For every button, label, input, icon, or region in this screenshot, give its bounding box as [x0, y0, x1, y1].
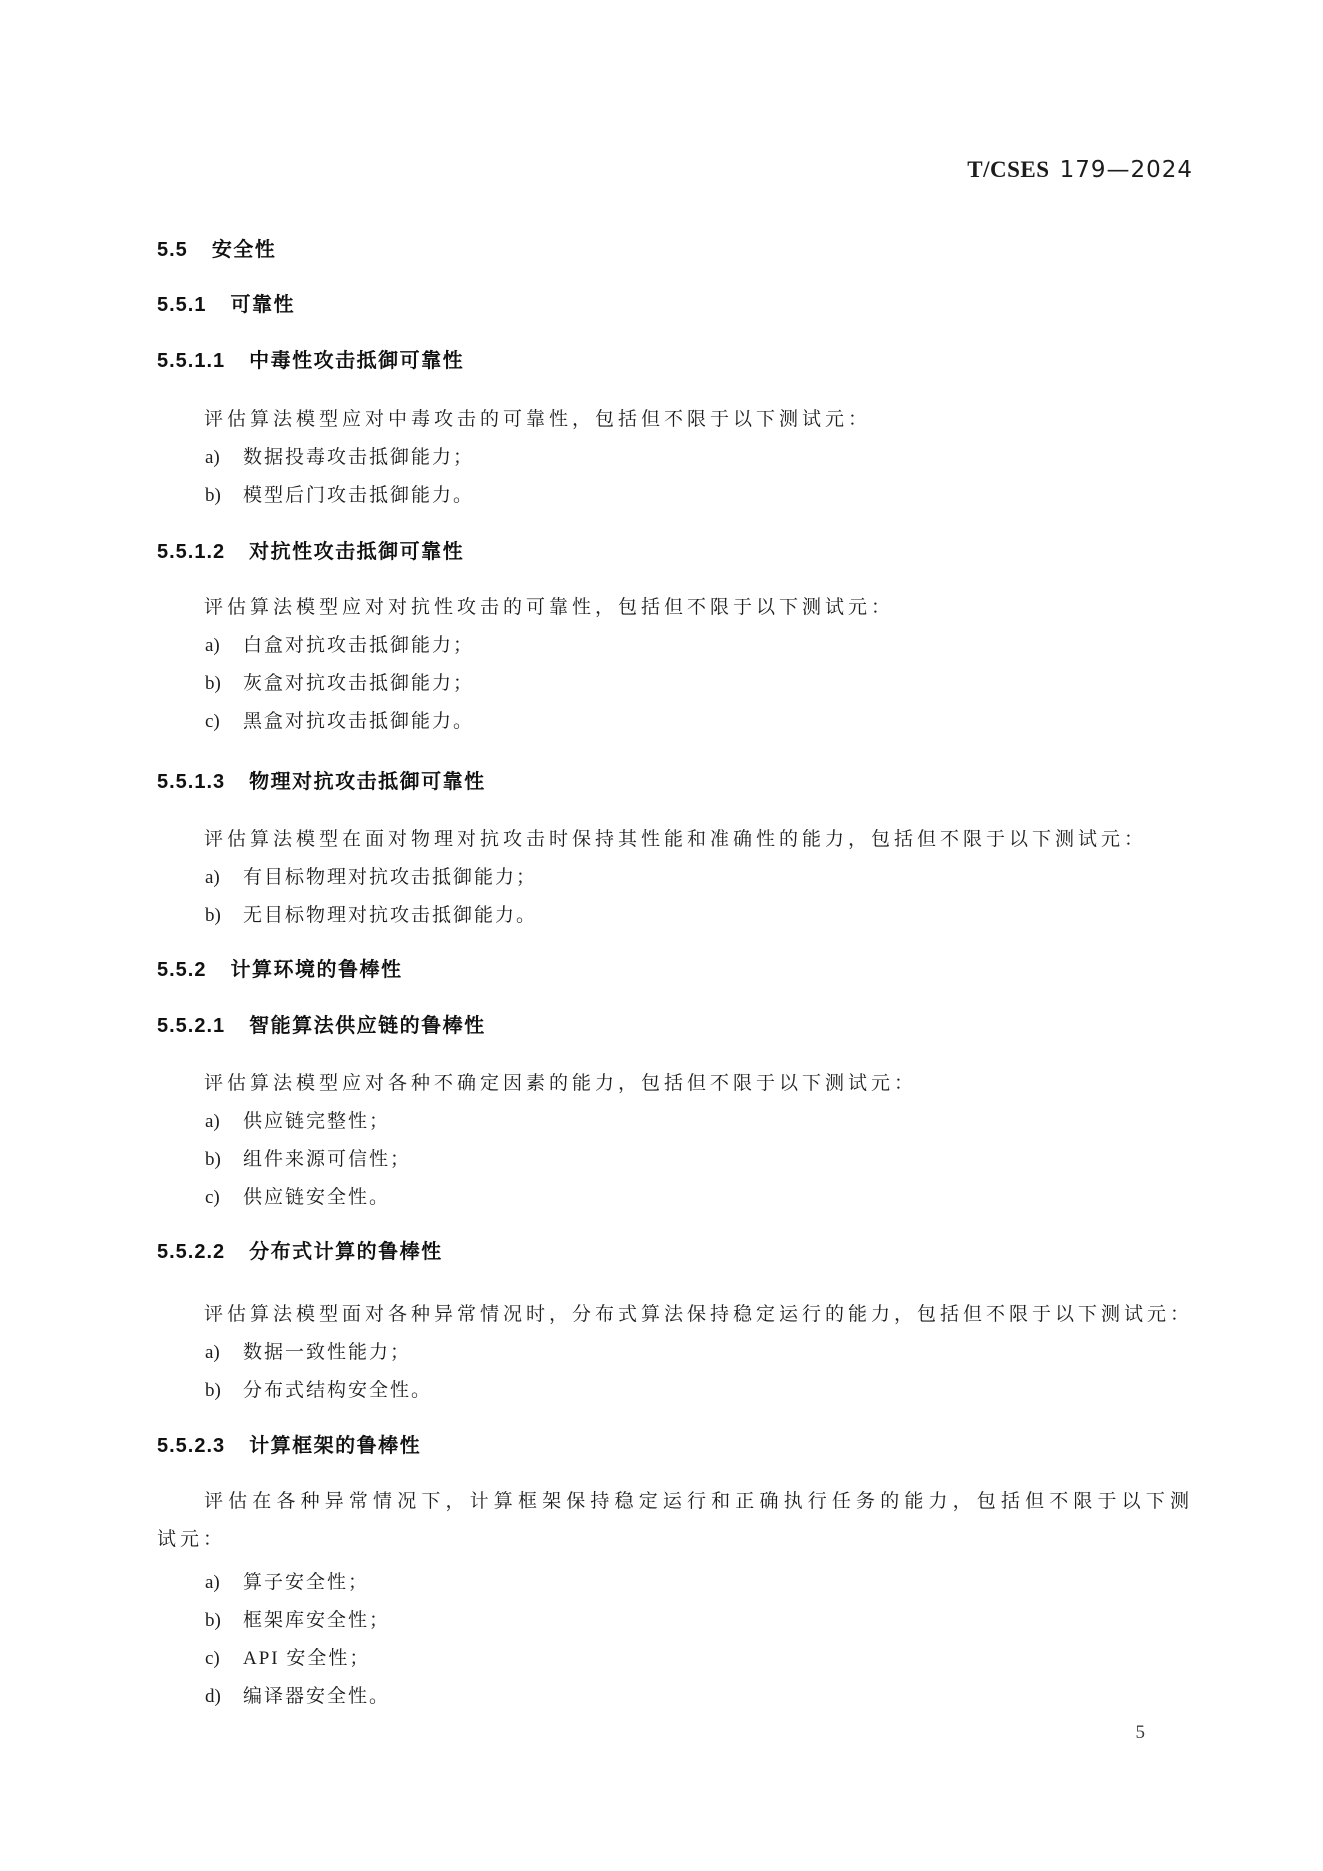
list-item: a)白盒对抗攻击抵御能力； [157, 627, 1193, 665]
list-item: a)供应链完整性； [157, 1103, 1193, 1141]
intro-paragraph: 评估算法模型应对对抗性攻击的可靠性，包括但不限于以下测试元： [157, 589, 1193, 627]
list-item: a)有目标物理对抗攻击抵御能力； [157, 859, 1193, 897]
section-heading-5-5-1-2: 5.5.1.2对抗性攻击抵御可靠性 [157, 537, 1193, 567]
list-marker: c) [205, 703, 243, 741]
section-title: 物理对抗攻击抵御可靠性 [249, 771, 486, 793]
section-title: 分布式计算的鲁棒性 [249, 1241, 443, 1263]
list-text: 模型后门攻击抵御能力。 [243, 477, 474, 515]
document-page: T/CSES179—2024 5.5安全性 5.5.1可靠性 5.5.1.1中毒… [0, 0, 1323, 1871]
list-marker: b) [205, 665, 243, 703]
list-marker: a) [205, 1334, 243, 1372]
list-marker: a) [205, 627, 243, 665]
section-number: 5.5 [157, 239, 188, 261]
list-item: d)编译器安全性。 [157, 1678, 1193, 1716]
list-text: 编译器安全性。 [243, 1678, 390, 1716]
list-item: a)数据一致性能力； [157, 1334, 1193, 1372]
section-heading-5-5-2: 5.5.2计算环境的鲁棒性 [157, 955, 1193, 985]
list-text: 数据投毒攻击抵御能力； [243, 439, 474, 477]
list-marker: b) [205, 1141, 243, 1179]
list-text: 算子安全性； [243, 1564, 369, 1602]
section-number: 5.5.1 [157, 294, 206, 316]
list-marker: d) [205, 1678, 243, 1716]
list-text: 组件来源可信性； [243, 1141, 411, 1179]
section-number: 5.5.1.2 [157, 541, 225, 563]
intro-paragraph: 评估算法模型应对各种不确定因素的能力，包括但不限于以下测试元： [157, 1065, 1193, 1103]
list-marker: a) [205, 439, 243, 477]
list-item: b)模型后门攻击抵御能力。 [157, 477, 1193, 515]
section-heading-5-5-1-1: 5.5.1.1中毒性攻击抵御可靠性 [157, 346, 1193, 376]
list-text: 供应链完整性； [243, 1103, 390, 1141]
section-title: 智能算法供应链的鲁棒性 [249, 1015, 486, 1037]
section-heading-5-5: 5.5安全性 [157, 235, 1193, 265]
list-item: b)无目标物理对抗攻击抵御能力。 [157, 897, 1193, 935]
section-heading-5-5-2-2: 5.5.2.2分布式计算的鲁棒性 [157, 1237, 1193, 1267]
intro-paragraph: 评估算法模型应对中毒攻击的可靠性，包括但不限于以下测试元： [157, 401, 1193, 439]
list-text: 供应链安全性。 [243, 1179, 390, 1217]
intro-paragraph: 评估算法模型面对各种异常情况时，分布式算法保持稳定运行的能力，包括但不限于以下测… [157, 1296, 1193, 1334]
section-heading-5-5-1: 5.5.1可靠性 [157, 290, 1193, 320]
list-text: 白盒对抗攻击抵御能力； [243, 627, 474, 665]
list-text: API 安全性； [243, 1640, 370, 1678]
list-marker: b) [205, 1602, 243, 1640]
list-item: b)分布式结构安全性。 [157, 1372, 1193, 1410]
list-marker: c) [205, 1179, 243, 1217]
list-text: 黑盒对抗攻击抵御能力。 [243, 703, 474, 741]
list-marker: a) [205, 859, 243, 897]
list-item: a)算子安全性； [157, 1564, 1193, 1602]
section-title: 安全性 [212, 239, 277, 261]
section-title: 中毒性攻击抵御可靠性 [249, 350, 464, 372]
list-marker: a) [205, 1103, 243, 1141]
list-text: 有目标物理对抗攻击抵御能力； [243, 859, 537, 897]
list-marker: b) [205, 897, 243, 935]
list-marker: b) [205, 477, 243, 515]
list-marker: a) [205, 1564, 243, 1602]
list-text: 分布式结构安全性。 [243, 1372, 432, 1410]
intro-paragraph-two-lines: 评估在各种异常情况下，计算框架保持稳定运行和正确执行任务的能力，包括但不限于以下… [157, 1483, 1193, 1559]
section-number: 5.5.1.1 [157, 350, 225, 372]
list-item: c)供应链安全性。 [157, 1179, 1193, 1217]
list-marker: c) [205, 1640, 243, 1678]
section-heading-5-5-2-3: 5.5.2.3计算框架的鲁棒性 [157, 1431, 1193, 1461]
paragraph-line-2: 试元： [157, 1521, 1193, 1559]
section-number: 5.5.2.3 [157, 1435, 225, 1457]
list-text: 无目标物理对抗攻击抵御能力。 [243, 897, 537, 935]
standard-code-header: T/CSES179—2024 [157, 155, 1193, 185]
list-text: 数据一致性能力； [243, 1334, 411, 1372]
paragraph-line-1: 评估在各种异常情况下，计算框架保持稳定运行和正确执行任务的能力，包括但不限于以下… [157, 1483, 1193, 1521]
section-number: 5.5.1.3 [157, 771, 225, 793]
list-item: b)组件来源可信性； [157, 1141, 1193, 1179]
list-item: c)API 安全性； [157, 1640, 1193, 1678]
list-text: 框架库安全性； [243, 1602, 390, 1640]
section-heading-5-5-2-1: 5.5.2.1智能算法供应链的鲁棒性 [157, 1011, 1193, 1041]
standard-code-prefix: T/CSES [967, 157, 1049, 182]
list-text: 灰盒对抗攻击抵御能力； [243, 665, 474, 703]
section-number: 5.5.2 [157, 959, 206, 981]
section-title: 可靠性 [230, 294, 295, 316]
section-title: 计算框架的鲁棒性 [249, 1435, 421, 1457]
list-item: a)数据投毒攻击抵御能力； [157, 439, 1193, 477]
list-item: b)框架库安全性； [157, 1602, 1193, 1640]
list-item: b)灰盒对抗攻击抵御能力； [157, 665, 1193, 703]
standard-code-number: 179—2024 [1060, 157, 1193, 183]
intro-paragraph: 评估算法模型在面对物理对抗攻击时保持其性能和准确性的能力，包括但不限于以下测试元… [157, 821, 1193, 859]
section-number: 5.5.2.1 [157, 1015, 225, 1037]
section-title: 对抗性攻击抵御可靠性 [249, 541, 464, 563]
section-heading-5-5-1-3: 5.5.1.3物理对抗攻击抵御可靠性 [157, 767, 1193, 797]
list-item: c)黑盒对抗攻击抵御能力。 [157, 703, 1193, 741]
section-number: 5.5.2.2 [157, 1241, 225, 1263]
list-marker: b) [205, 1372, 243, 1410]
page-number: 5 [157, 1718, 1193, 1748]
section-title: 计算环境的鲁棒性 [230, 959, 402, 981]
